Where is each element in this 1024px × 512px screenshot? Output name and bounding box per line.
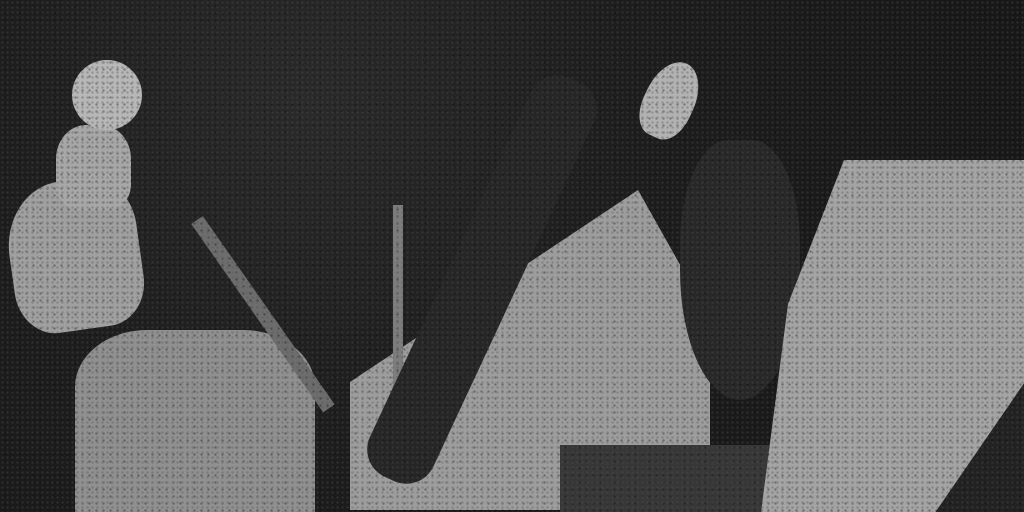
left-figure-head [72, 60, 142, 130]
left-figure-fist [56, 125, 131, 210]
left-figure-body [75, 330, 315, 512]
pole-tip [630, 53, 709, 147]
photograph [0, 0, 1024, 512]
